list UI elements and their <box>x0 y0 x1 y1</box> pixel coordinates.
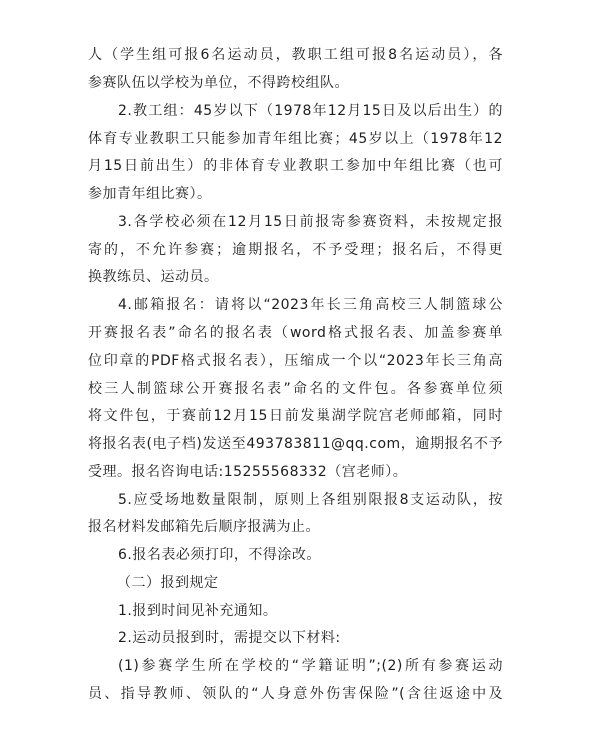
document-page: 人（学生组可报6名运动员，教职工组可报8名运动员），各 参赛队伍以学校为单位，不… <box>0 0 594 752</box>
materials-line-2: 员、指导教师、领队的“人身意外伤害保险”(含往返途中及 <box>88 684 503 704</box>
section-heading-registration: （二）报到规定 <box>117 573 317 593</box>
item-4-email-line: 将报名表(电子档)发送至493783811@qq.com，逾期报名不予 <box>88 434 503 454</box>
item-4-line-5: 将文件包，于赛前12月15日前发巢湖学院宫老师邮箱，同时 <box>88 406 503 426</box>
item-3-line-3: 换教练员、运动员。 <box>88 267 503 287</box>
materials-line-1: (1)参赛学生所在学校的“学籍证明”;(2)所有参赛运动 <box>118 656 503 676</box>
item-2-line-1: 2.教工组：45岁以下（1978年12月15日及以后出生）的 <box>118 101 503 121</box>
item-6-line: 6.报名表必须打印，不得涂改。 <box>118 545 503 565</box>
item-4-line-1: 4.邮箱报名：请将以“2023年长三角高校三人制篮球公 <box>118 295 503 315</box>
item-3-line-1: 3.各学校必须在12月15日前报寄参赛资料，未按规定报 <box>118 212 503 232</box>
item-2-line-3: 月15日前出生）的非体育专业教职工参加中年组比赛（也可 <box>88 156 503 176</box>
item-2-line-4: 参加青年组比赛）。 <box>88 184 503 204</box>
item-4-line-2: 开赛报名表”命名的报名表（word格式报名表、加盖参赛单 <box>88 323 503 343</box>
paragraph-line-2: 参赛队伍以学校为单位，不得跨校组队。 <box>88 73 503 93</box>
item-4-line-3: 位印章的PDF格式报名表），压缩成一个以“2023年长三角高 <box>88 351 503 371</box>
registration-item-1: 1.报到时间见补充通知。 <box>118 601 503 621</box>
item-5-line-1: 5.应受场地数量限制，原则上各组别限报8支运动队，按 <box>118 490 503 510</box>
item-4-line-4: 校三人制篮球公开赛报名表”命名的文件包。各参赛单位须 <box>88 379 503 399</box>
item-2-line-2: 体育专业教职工只能参加青年组比赛；45岁以上（1978年12 <box>88 129 503 149</box>
paragraph-line-1: 人（学生组可报6名运动员，教职工组可报8名运动员），各 <box>88 45 503 65</box>
item-3-line-2: 寄的，不允许参赛；逾期报名，不予受理；报名后，不得更 <box>88 240 503 260</box>
registration-item-2: 2.运动员报到时，需提交以下材料: <box>118 628 503 648</box>
item-5-line-2: 报名材料发邮箱先后顺序报满为止。 <box>88 517 503 537</box>
item-4-phone-line: 受理。报名咨询电话:15255568332（宫老师）。 <box>88 462 503 482</box>
